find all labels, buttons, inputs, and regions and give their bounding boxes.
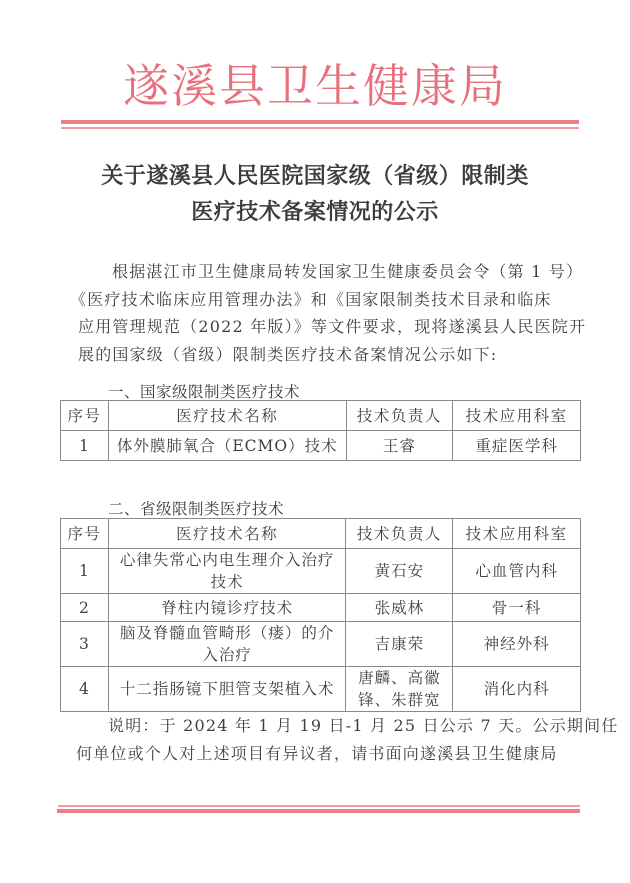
- intro-line1: 根据湛江市卫生健康局转发国家卫生健康委员会令（第 1 号）: [78, 258, 578, 286]
- cell-no: 4: [61, 667, 109, 712]
- masthead-rule-thick: [61, 120, 579, 124]
- intro-line2: 《医疗技术临床应用管理办法》和《国家限制类技术目录和临床: [70, 286, 578, 314]
- col-header-no: 序号: [61, 401, 109, 431]
- cell-no: 3: [61, 622, 109, 667]
- note-line1: 说明：于 2024 年 1 月 19 日-1 月 25 日公示 7 天。公示期间…: [76, 712, 581, 740]
- cell-name: 心律失常心内电生理介入治疗 技术: [108, 549, 346, 594]
- col-header-name: 医疗技术名称: [108, 401, 346, 431]
- footer-rule-thick: [57, 809, 580, 813]
- document-title-line2: 医疗技术备案情况的公示: [0, 196, 630, 228]
- cell-name-line2: 技术: [113, 571, 342, 593]
- col-header-name: 医疗技术名称: [108, 519, 346, 549]
- intro-line3: 应用管理规范（2022 年版）》等文件要求，现将遂溪县人民医院开: [78, 313, 578, 341]
- cell-name-line2: 入治疗: [113, 644, 342, 666]
- footer-rule-thin: [58, 805, 580, 807]
- masthead-rule-thin: [61, 127, 579, 129]
- table-row: 2 脊柱内镜诊疗技术 张威林 骨一科: [61, 594, 581, 622]
- cell-dept: 重症医学科: [453, 431, 581, 461]
- table-row: 1 体外膜肺氧合（ECMO）技术 王睿 重症医学科: [61, 431, 581, 461]
- cell-dept: 神经外科: [453, 622, 581, 667]
- national-tech-table: 序号 医疗技术名称 技术负责人 技术应用科室 1 体外膜肺氧合（ECMO）技术 …: [60, 400, 581, 461]
- cell-no: 2: [61, 594, 109, 622]
- table-row: 1 心律失常心内电生理介入治疗 技术 黄石安 心血管内科: [61, 549, 581, 594]
- provincial-tech-table: 序号 医疗技术名称 技术负责人 技术应用科室 1 心律失常心内电生理介入治疗 技…: [60, 518, 581, 712]
- cell-lead: 唐麟、高徽 锋、朱群宽: [346, 667, 453, 712]
- masthead-org-name: 遂溪县卫生健康局: [0, 58, 630, 114]
- intro-line4: 展的国家级（省级）限制类医疗技术备案情况公示如下:: [78, 341, 578, 369]
- section1-heading: 一、国家级限制类医疗技术: [108, 380, 300, 402]
- cell-dept: 骨一科: [453, 594, 581, 622]
- cell-name-line1: 脑及脊髓血管畸形（瘘）的介: [113, 622, 342, 644]
- cell-name: 脑及脊髓血管畸形（瘘）的介 入治疗: [108, 622, 346, 667]
- section2-heading: 二、省级限制类医疗技术: [108, 497, 284, 519]
- cell-lead-line2: 锋、朱群宽: [350, 689, 448, 711]
- note-paragraph: 说明：于 2024 年 1 月 19 日-1 月 25 日公示 7 天。公示期间…: [76, 712, 581, 768]
- cell-lead-line1: 唐麟、高徽: [350, 667, 448, 689]
- col-header-no: 序号: [61, 519, 109, 549]
- cell-lead: 张威林: [346, 594, 453, 622]
- table-row: 4 十二指肠镜下胆管支架植入术 唐麟、高徽 锋、朱群宽 消化内科: [61, 667, 581, 712]
- cell-name: 脊柱内镜诊疗技术: [108, 594, 346, 622]
- cell-name-line1: 心律失常心内电生理介入治疗: [113, 549, 342, 571]
- table-header-row: 序号 医疗技术名称 技术负责人 技术应用科室: [61, 519, 581, 549]
- cell-name: 十二指肠镜下胆管支架植入术: [108, 667, 346, 712]
- cell-lead: 黄石安: [346, 549, 453, 594]
- col-header-dept: 技术应用科室: [453, 519, 581, 549]
- document-title-line1: 关于遂溪县人民医院国家级（省级）限制类: [0, 160, 630, 192]
- cell-dept: 心血管内科: [453, 549, 581, 594]
- col-header-dept: 技术应用科室: [453, 401, 581, 431]
- table-row: 3 脑及脊髓血管畸形（瘘）的介 入治疗 吉康荣 神经外科: [61, 622, 581, 667]
- col-header-lead: 技术负责人: [346, 519, 453, 549]
- col-header-lead: 技术负责人: [346, 401, 453, 431]
- table-header-row: 序号 医疗技术名称 技术负责人 技术应用科室: [61, 401, 581, 431]
- cell-dept: 消化内科: [453, 667, 581, 712]
- cell-no: 1: [61, 431, 109, 461]
- cell-lead: 王睿: [346, 431, 453, 461]
- note-line2: 何单位或个人对上述项目有异议者，请书面向遂溪县卫生健康局: [76, 740, 581, 768]
- cell-lead: 吉康荣: [346, 622, 453, 667]
- cell-name: 体外膜肺氧合（ECMO）技术: [108, 431, 346, 461]
- cell-no: 1: [61, 549, 109, 594]
- intro-paragraph: 根据湛江市卫生健康局转发国家卫生健康委员会令（第 1 号） 《医疗技术临床应用管…: [78, 258, 578, 368]
